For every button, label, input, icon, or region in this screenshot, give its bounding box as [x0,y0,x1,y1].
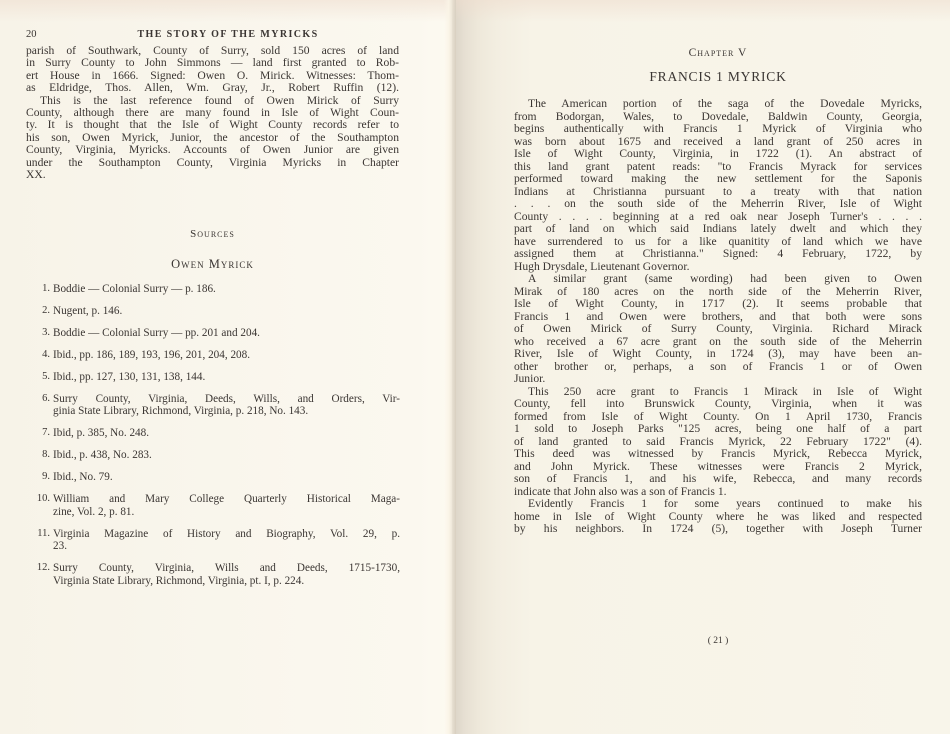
source-number: 2. [34,305,50,317]
source-item: 7.Ibid, p. 385, No. 248. [34,427,400,439]
source-text: zine, Vol. 2, p. 81. [53,506,400,518]
text-line: in Surry County to John Simmons — land f… [26,57,399,69]
text-line: begins authentically with Francis 1 Myri… [514,123,922,136]
source-text: Ibid., No. 79. [53,471,400,483]
left-body-text: parish of Southwark, County of Surry, so… [26,45,399,181]
text-line: Isle of Wight County, in 1717 (2). It se… [514,298,922,311]
source-item: 11.Virginia Magazine of History and Biog… [34,528,400,553]
source-number: 10. [26,493,50,505]
page-edge-tint [452,0,950,22]
source-item: 1.Boddie — Colonial Surry — p. 186. [34,283,400,295]
text-line: by his neighbors. In 1724 (5), together … [514,523,922,536]
source-text: William and Mary College Quarterly Histo… [53,493,400,505]
source-item: 12.Surry County, Virginia, Wills and Dee… [34,562,400,587]
book-spread: 20 THE STORY OF THE MYRICKS parish of So… [0,0,950,734]
page-edge-tint [0,0,452,22]
source-text: Ibid, p. 385, No. 248. [53,427,400,439]
text-line: ty. It is thought that the Isle of Wight… [26,119,399,131]
source-text: Boddie — Colonial Surry — p. 186. [53,283,400,295]
source-item: 9.Ibid., No. 79. [34,471,400,483]
chapter-title: FRANCIS 1 MYRICK [522,69,914,85]
source-number: 5. [34,371,50,383]
source-text: Ibid., pp. 127, 130, 131, 138, 144. [53,371,400,383]
source-item: 2.Nugent, p. 146. [34,305,400,317]
text-line: under the Southampton County, Virginia M… [26,157,399,169]
sources-subheading: Owen Myrick [26,257,399,272]
text-line: son of Francis 1, and his wife, Rebecca,… [514,473,922,486]
source-text: Surry County, Virginia, Wills and Deeds,… [53,562,400,574]
source-item: 10.William and Mary College Quarterly Hi… [34,493,400,518]
source-text: Virginia Magazine of History and Biograp… [53,528,400,540]
text-line: The American portion of the saga of the … [514,98,922,111]
right-body-text: The American portion of the saga of the … [514,98,922,536]
source-number: 7. [34,427,50,439]
source-number: 11. [26,528,50,540]
text-line: Junior. [514,373,922,386]
chapter-label: Chapter V [522,47,914,59]
text-line: Isle of Wight County, Virginia, in 1722 … [514,148,922,161]
source-item: 4.Ibid., pp. 186, 189, 193, 196, 201, 20… [34,349,400,361]
source-text: Nugent, p. 146. [53,305,400,317]
text-line: of Owen Mirick of Surry County, Virginia… [514,323,922,336]
source-text: Ibid., p. 438, No. 283. [53,449,400,461]
text-line: Evidently Francis 1 for some years conti… [514,498,922,511]
running-head-title: THE STORY OF THE MYRICKS [26,29,402,40]
text-line: River, Isle of Wight County, in 1724 (3)… [514,348,922,361]
right-page: Chapter V FRANCIS 1 MYRICK The American … [452,0,950,734]
source-number: 1. [34,283,50,295]
source-text: Boddie — Colonial Surry — pp. 201 and 20… [53,327,400,339]
text-line: part of land on which said Indians latel… [514,223,922,236]
left-page: 20 THE STORY OF THE MYRICKS parish of So… [0,0,452,734]
text-line: This deed was witnessed by Francis Myric… [514,448,922,461]
source-text: 23. [53,540,400,552]
source-number: 12. [26,562,50,574]
source-number: 9. [34,471,50,483]
source-text: Virginia State Library, Richmond, Virgin… [53,575,400,587]
sources-heading: Sources [26,228,399,240]
text-line: other brother or, perhaps, a son of Fran… [514,361,922,374]
source-number: 6. [34,393,50,405]
source-text: Surry County, Virginia, Deeds, Wills, an… [53,393,400,405]
text-line: performed toward making the new settleme… [514,173,922,186]
source-number: 3. [34,327,50,339]
source-number: 4. [34,349,50,361]
text-line: assigned them at Christianna." Signed: 4… [514,248,922,261]
source-text: Ibid., pp. 186, 189, 193, 196, 201, 204,… [53,349,400,361]
source-item: 8.Ibid., p. 438, No. 283. [34,449,400,461]
source-item: 6.Surry County, Virginia, Deeds, Wills, … [34,393,400,418]
source-text: ginia State Library, Richmond, Virginia,… [53,405,400,417]
text-line: County, fell into Brunswick County, Virg… [514,398,922,411]
text-line: County, Virginia, Myricks. Accounts of O… [26,144,399,156]
text-line: A similar grant (same wording) had been … [514,273,922,286]
text-line: . . . on the south side of the Meherrin … [514,198,922,211]
source-item: 3.Boddie — Colonial Surry — pp. 201 and … [34,327,400,339]
running-head: 20 THE STORY OF THE MYRICKS [26,29,402,45]
page-number-right: ( 21 ) [514,636,922,646]
text-line: as Eldridge, Thos. Allen, Wm. Gray, Jr.,… [26,82,399,94]
source-item: 5.Ibid., pp. 127, 130, 131, 138, 144. [34,371,400,383]
text-line: 1 sold to Joseph Parks "125 acres, being… [514,423,922,436]
text-line: XX. [26,169,399,181]
sources-list: 1.Boddie — Colonial Surry — p. 186.2.Nug… [34,283,400,597]
source-number: 8. [34,449,50,461]
